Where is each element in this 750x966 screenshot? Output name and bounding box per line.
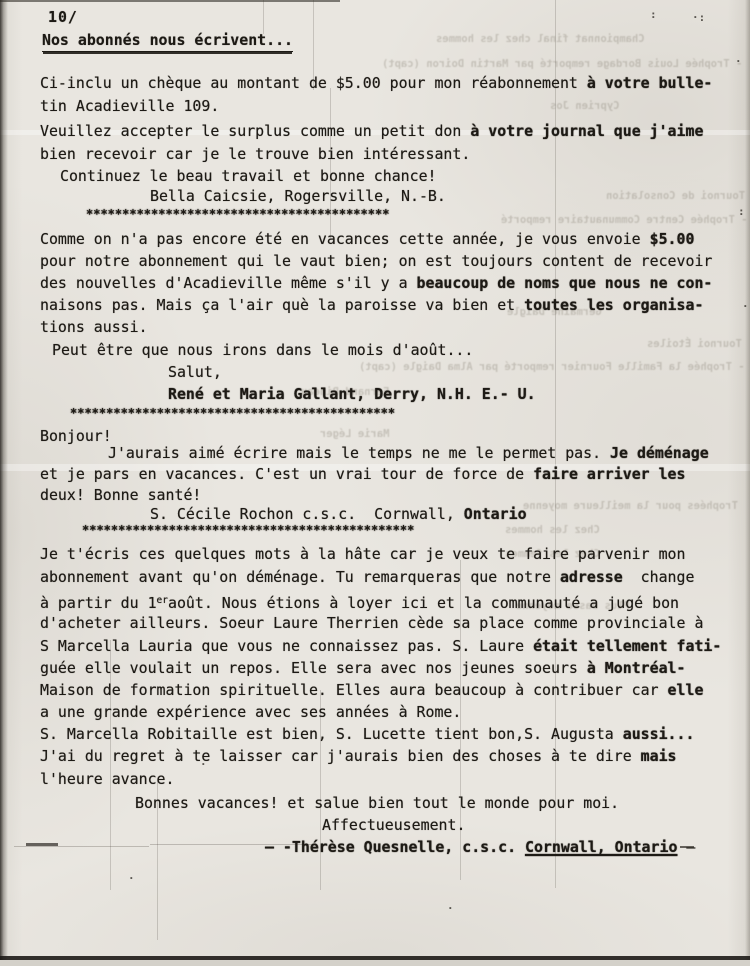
text-segment: l'heure avance. bbox=[40, 770, 174, 788]
bleedthrough-text: Cyprien Jos bbox=[550, 100, 620, 112]
text-segment: mais bbox=[641, 747, 677, 765]
text-segment: naisons pas. Mais ça l'air què la parois… bbox=[40, 296, 524, 314]
letter4-signature: — -Thérèse Quesnelle, c.s.c. Cornwall, O… bbox=[265, 838, 695, 857]
letter3-bonjour: Bonjour! bbox=[40, 427, 112, 446]
text-segment: des nouvelles d'Acadieville même s'il y … bbox=[40, 274, 417, 292]
letter4-affection: Affectueusement. bbox=[322, 816, 465, 835]
text-segment: J'aurais aimé écrire mais le temps ne me… bbox=[108, 444, 610, 462]
ink-speck: : bbox=[650, 8, 657, 21]
letter1-line2: tin Acadieville 109. bbox=[40, 97, 219, 116]
scanned-letter-page: 10/ Nos abonnés nous écrivent... Ci-incl… bbox=[0, 0, 750, 966]
text-segment: toutes les organisa- bbox=[524, 296, 703, 314]
letter4-line11: l'heure avance. bbox=[40, 770, 174, 789]
text-segment: Veuillez accepter le surplus comme un pe… bbox=[40, 122, 470, 140]
letter2-line6: Peut être que nous irons dans le mois d'… bbox=[52, 341, 473, 360]
text-segment: Je déménage bbox=[610, 444, 709, 462]
text-segment: Ontario bbox=[464, 505, 527, 523]
text-segment: Bella Caicsie, Rogersville, N.-B. bbox=[150, 187, 446, 205]
text-segment: ****************************************… bbox=[82, 523, 414, 537]
text-segment: er bbox=[157, 595, 168, 606]
text-segment: août. Nous étions à loyer ici et la comm… bbox=[168, 594, 679, 612]
text-segment: $5.00 bbox=[650, 230, 695, 248]
bleedthrough-text: Chez les hommes bbox=[505, 524, 600, 536]
ink-speck: · bbox=[735, 55, 742, 68]
letter2-line2: pour notre abonnement qui le vaut bien; … bbox=[40, 252, 712, 271]
letter1-line4: bien recevoir car je le trouve bien inté… bbox=[40, 145, 470, 164]
text-segment: Peut être que nous irons dans le mois d'… bbox=[52, 341, 473, 359]
text-segment: Ci-inclu un chèque au montant de $5.00 p… bbox=[40, 74, 587, 92]
text-segment: guée elle voulait un repos. Elle sera av… bbox=[40, 659, 587, 677]
bleedthrough-text: Marie Léger bbox=[320, 428, 390, 440]
letter4-line10: J'ai du regret à te laisser car j'aurais… bbox=[40, 747, 677, 766]
text-segment: Bonnes vacances! et salue bien tout le m… bbox=[135, 794, 619, 812]
scan-edge-top bbox=[0, 0, 340, 2]
bleedthrough-text: Championnat final chez les hommes bbox=[436, 33, 645, 45]
text-segment: Je t'écris ces quelques mots à la hâte c… bbox=[40, 545, 685, 563]
text-segment: S. Marcella Robitaille est bien, S. Luce… bbox=[40, 725, 623, 743]
letter2-signature: René et Maria Gallant, Derry, N.H. E.- U… bbox=[168, 385, 536, 404]
letter4-line2: abonnement avant qu'on déménage. Tu rema… bbox=[40, 568, 694, 587]
scan-edge-right bbox=[745, 0, 750, 966]
letter2-line4: naisons pas. Mais ça l'air què la parois… bbox=[40, 296, 703, 315]
text-segment: Comme on n'a pas encore été en vacances … bbox=[40, 230, 650, 248]
ink-dash-mark bbox=[26, 843, 58, 846]
text-segment: faire arriver les bbox=[533, 465, 685, 483]
separator-1: ****************************************… bbox=[86, 205, 389, 224]
text-segment: à votre journal que j'aime bbox=[470, 122, 703, 140]
text-segment: Cornwall, Ontario bbox=[525, 838, 677, 856]
letter4-line7: Maison de formation spirituelle. Elles a… bbox=[40, 681, 703, 700]
text-segment: Continuez le beau travail et bonne chanc… bbox=[60, 167, 437, 185]
text-segment: J'ai du regret à te laisser car j'aurais… bbox=[40, 747, 641, 765]
text-segment: d'acheter ailleurs. Soeur Laure Therrien… bbox=[40, 614, 703, 632]
letter4-line3: à partir du 1eraoût. Nous étions à loyer… bbox=[40, 591, 679, 613]
bleedthrough-text: - Trophée Centre Communautaire remporté bbox=[501, 214, 748, 226]
letter3-line3: deux! Bonne santé! bbox=[40, 486, 201, 505]
text-segment: a une grande expérience avec ses années … bbox=[40, 703, 461, 721]
text-segment: adresse bbox=[560, 568, 623, 586]
text-segment: pour notre abonnement qui le vaut bien; … bbox=[40, 252, 712, 270]
ink-speck: · bbox=[447, 902, 454, 915]
ink-speck: · bbox=[128, 872, 135, 885]
letter4-line5: S Marcella Lauria que vous ne connaissez… bbox=[40, 637, 721, 656]
text-segment: aussi... bbox=[623, 725, 695, 743]
page-number: 10/ bbox=[48, 8, 78, 27]
letter4-line1: Je t'écris ces quelques mots à la hâte c… bbox=[40, 545, 685, 564]
text-segment: tin Acadieville 109. bbox=[40, 97, 219, 115]
letter2-salut: Salut, bbox=[168, 363, 222, 382]
text-segment: Affectueusement. bbox=[322, 816, 465, 834]
letter3-line2: et je pars en vacances. C'est un vrai to… bbox=[40, 465, 685, 484]
text-segment: René et Maria Gallant, Derry, N.H. E.- U… bbox=[168, 385, 536, 403]
bleedthrough-text: - Trophée la Famille Fournier remporté p… bbox=[359, 361, 745, 373]
separator-2: ****************************************… bbox=[70, 404, 395, 423]
letter4-line9: S. Marcella Robitaille est bien, S. Luce… bbox=[40, 725, 694, 744]
text-segment: bien recevoir car je le trouve bien inté… bbox=[40, 145, 470, 163]
scan-edge-left bbox=[0, 0, 8, 966]
text-segment: ****************************************… bbox=[86, 207, 389, 221]
text-segment: et je pars en vacances. C'est un vrai to… bbox=[40, 465, 533, 483]
text-segment: Maison de formation spirituelle. Elles a… bbox=[40, 681, 668, 699]
text-segment: Thérèse Quesnelle, c.s.c. bbox=[292, 838, 525, 856]
letter3-line1: J'aurais aimé écrire mais le temps ne me… bbox=[108, 444, 709, 463]
text-segment: – bbox=[677, 838, 695, 856]
letter2-line1: Comme on n'a pas encore été en vacances … bbox=[40, 230, 694, 249]
letter4-line6: guée elle voulait un repos. Elle sera av… bbox=[40, 659, 686, 678]
letter2-line3: des nouvelles d'Acadieville même s'il y … bbox=[40, 274, 712, 293]
scan-edge-bottom-paper bbox=[0, 960, 750, 966]
fold-crease-vertical bbox=[263, 0, 264, 34]
text-segment: à partir du 1 bbox=[40, 594, 157, 612]
ink-speck: : bbox=[738, 205, 745, 218]
letter4-line8: a une grande expérience avec ses années … bbox=[40, 703, 461, 722]
letter4-line4: d'acheter ailleurs. Soeur Laure Therrien… bbox=[40, 614, 703, 633]
text-segment: Bonjour! bbox=[40, 427, 112, 445]
text-segment: à votre bulle- bbox=[587, 74, 713, 92]
text-segment: était tellement fati- bbox=[533, 637, 721, 655]
bleedthrough-text: Tournoi de Consolation bbox=[606, 190, 745, 202]
text-segment: deux! Bonne santé! bbox=[40, 486, 201, 504]
text-segment: change bbox=[623, 568, 695, 586]
ink-speck: ·: bbox=[692, 11, 705, 24]
text-segment: à Montréal- bbox=[587, 659, 686, 677]
text-segment: S Marcella Lauria que vous ne connaissez… bbox=[40, 637, 533, 655]
letter4-closing: Bonnes vacances! et salue bien tout le m… bbox=[135, 794, 619, 813]
fold-crease-horizontal bbox=[14, 846, 149, 847]
text-segment: beaucoup de noms que nous ne con- bbox=[417, 274, 713, 292]
text-segment: tions aussi. bbox=[40, 318, 148, 336]
text-segment: ****************************************… bbox=[70, 406, 395, 420]
text-segment: abonnement avant qu'on déménage. Tu rema… bbox=[40, 568, 560, 586]
section-heading: Nos abonnés nous écrivent... bbox=[42, 31, 293, 52]
separator-3: ****************************************… bbox=[82, 521, 414, 540]
letter1-signature: Bella Caicsie, Rogersville, N.-B. bbox=[150, 187, 446, 206]
bleedthrough-text: Tournoi Étoiles bbox=[647, 338, 742, 350]
text-segment: — - bbox=[265, 838, 292, 856]
letter1-line5: Continuez le beau travail et bonne chanc… bbox=[60, 167, 437, 186]
letter1-line3: Veuillez accepter le surplus comme un pe… bbox=[40, 122, 703, 141]
text-segment: elle bbox=[668, 681, 704, 699]
text-segment: Salut, bbox=[168, 363, 222, 381]
letter2-line5: tions aussi. bbox=[40, 318, 148, 337]
letter1-line1: Ci-inclu un chèque au montant de $5.00 p… bbox=[40, 74, 712, 93]
bleedthrough-text: - Trophée Louis Bordage remporté par Mar… bbox=[382, 58, 742, 70]
